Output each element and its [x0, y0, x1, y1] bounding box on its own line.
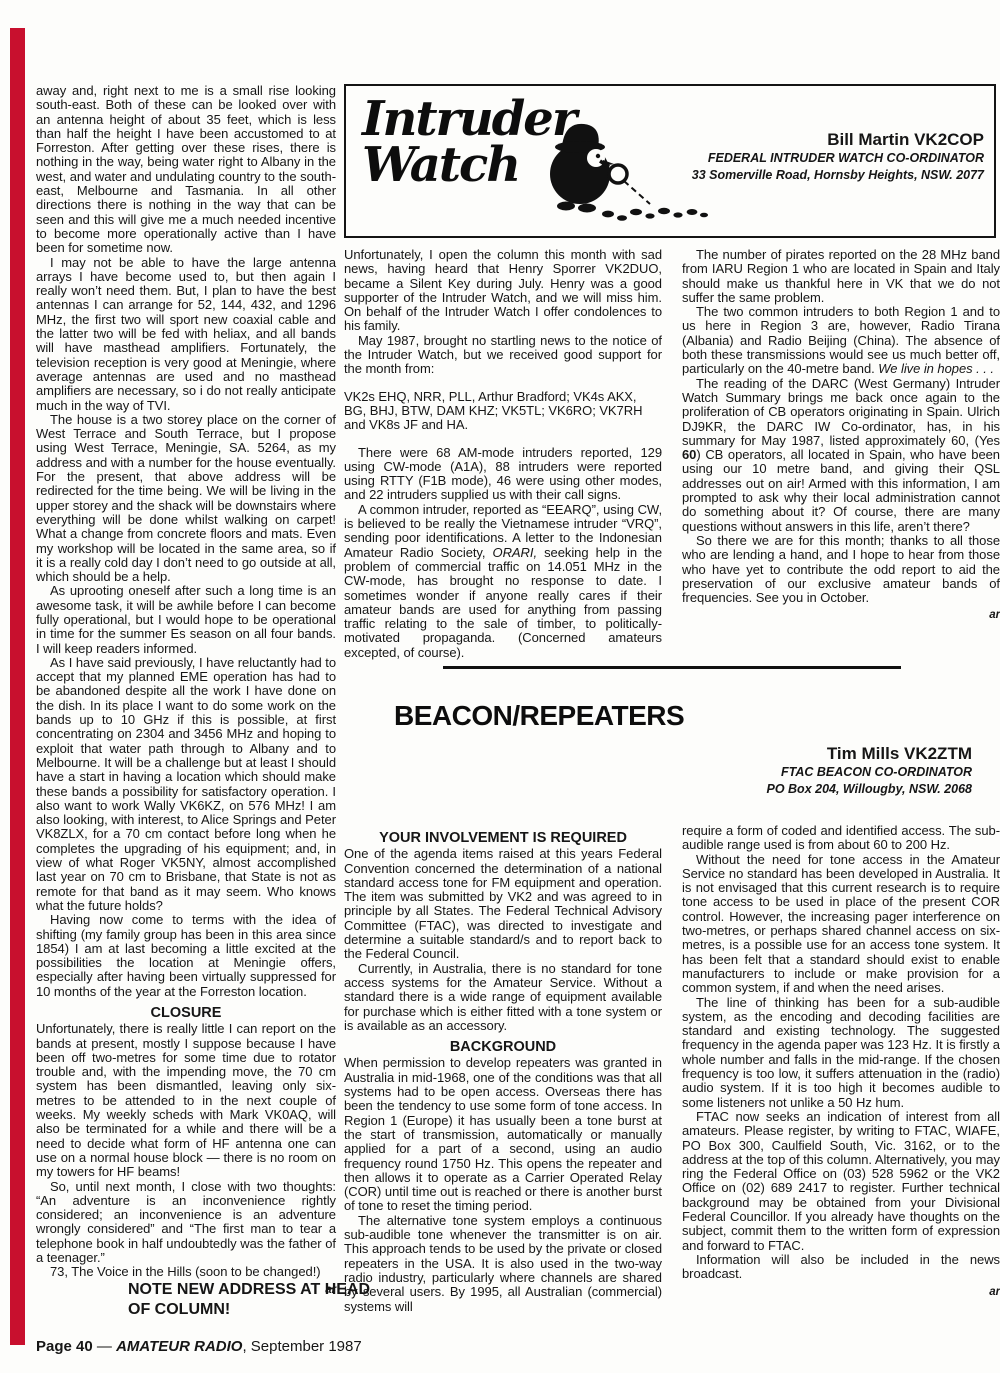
page-number: Page 40 — [36, 1338, 93, 1355]
page-edge-red-stripe — [10, 28, 25, 1345]
paragraph: Without the need for tone access in the … — [682, 853, 1000, 996]
section-heading: BACKGROUND — [344, 1040, 662, 1054]
text-segment: require a form of coded and identified a… — [682, 823, 1000, 852]
paragraph: The number of pirates reported on the 28… — [682, 248, 1000, 305]
note-new-address-notice: NOTE NEW ADDRESS AT HEAD OF COLUMN! — [128, 1280, 384, 1320]
paragraph: Currently, in Australia, there is no sta… — [344, 962, 662, 1033]
text-segment: YOUR INVOLVEMENT IS REQUIRED — [379, 830, 627, 846]
text-segment: seeking help in the problem of commercia… — [344, 545, 662, 660]
paragraph: Unfortunately, I open the column this mo… — [344, 248, 662, 334]
paragraph: So there we are for this month; thanks t… — [682, 534, 1000, 605]
section-heading: YOUR INVOLVEMENT IS REQUIRED — [344, 831, 662, 845]
intruder-watch-header-box: Intruder Watch — [344, 84, 996, 238]
text-segment: Unfortunately, I open the column this mo… — [344, 247, 662, 333]
paragraph: May 1987, brought no startling news to t… — [344, 334, 662, 377]
text-segment: So there we are for this month; thanks t… — [682, 533, 1000, 605]
coordinator-role: FTAC BEACON CO-ORDINATOR — [560, 764, 972, 780]
issue-date: , September 1987 — [242, 1338, 361, 1355]
text-segment: The line of thinking has been for a sub-… — [682, 995, 1000, 1110]
paragraph: As I have said previously, I have reluct… — [36, 656, 336, 913]
text-segment: Having now come to terms with the idea o… — [36, 912, 336, 998]
end-of-article-mark: ar — [682, 1285, 1000, 1299]
text-segment: We live in hopes . . . — [878, 361, 994, 376]
section-heading: CLOSURE — [36, 1006, 336, 1020]
text-segment: As I have said previously, I have reluct… — [36, 655, 336, 913]
paragraph: VK2s EHQ, NRR, PLL, Arthur Bradford; VK4… — [344, 390, 662, 433]
text-segment: May 1987, brought no startling news to t… — [344, 333, 662, 377]
paragraph: There were 68 AM-mode intruders reported… — [344, 446, 662, 503]
text-segment: ) CB operators, all located in Spain, wh… — [682, 447, 1000, 533]
paragraph: The two common intruders to both Region … — [682, 305, 1000, 376]
paragraph: Information will also be included in the… — [682, 1253, 1000, 1282]
paragraph: Having now come to terms with the idea o… — [36, 913, 336, 999]
text-segment: The alternative tone system employs a co… — [344, 1213, 662, 1314]
page-footer: Page 40 — AMATEUR RADIO, September 1987 — [36, 1338, 362, 1355]
beacon-column-1: YOUR INVOLVEMENT IS REQUIREDOne of the a… — [344, 824, 662, 1314]
intruder-watch-byline: Bill Martin VK2COP FEDERAL INTRUDER WATC… — [692, 130, 984, 183]
text-segment: One of the agenda items raised at this y… — [344, 846, 662, 961]
beacon-repeaters-title: BEACON/REPEATERS — [394, 700, 684, 732]
paragraph: When permission to develop repeaters was… — [344, 1056, 662, 1213]
text-segment: BACKGROUND — [450, 1039, 556, 1055]
text-segment: As uprooting oneself after such a long t… — [36, 583, 336, 655]
coordinator-address: 33 Somerville Road, Hornsby Heights, NSW… — [692, 167, 984, 183]
text-segment: The reading of the DARC (West Germany) I… — [682, 376, 1000, 448]
section-divider-rule — [443, 666, 901, 669]
end-of-article-mark: ar — [682, 608, 1000, 622]
beacon-byline: Tim Mills VK2ZTM FTAC BEACON CO-ORDINATO… — [560, 744, 972, 797]
paragraph: away and, right next to me is a small ri… — [36, 84, 336, 256]
paragraph: 73, The Voice in the Hills (soon to be c… — [36, 1265, 336, 1279]
text-segment: 60 — [682, 447, 696, 462]
paragraph: As uprooting oneself after such a long t… — [36, 584, 336, 655]
paragraph: The line of thinking has been for a sub-… — [682, 996, 1000, 1110]
text-segment: When permission to develop repeaters was… — [344, 1055, 662, 1213]
text-segment: The number of pirates reported on the 28… — [682, 247, 1000, 305]
text-segment: ORARI, — [493, 545, 537, 560]
left-article-column: away and, right next to me is a small ri… — [36, 84, 336, 1297]
paragraph: One of the agenda items raised at this y… — [344, 847, 662, 961]
paragraph: The reading of the DARC (West Germany) I… — [682, 377, 1000, 534]
paragraph: FTAC now seeks an indication of interest… — [682, 1110, 1000, 1253]
text-segment: ar — [989, 609, 1000, 621]
paragraph: The house is a two storey place on the c… — [36, 413, 336, 585]
text-segment: The house is a two storey place on the c… — [36, 412, 336, 584]
text-segment: There were 68 AM-mode intruders reported… — [344, 445, 662, 503]
paragraph: A common intruder, reported as “EEARQ”, … — [344, 503, 662, 660]
footer-separator: — — [93, 1338, 116, 1355]
paragraph: Unfortunately, there is really little I … — [36, 1022, 336, 1179]
coordinator-address: PO Box 204, Willougby, NSW. 2068 — [560, 781, 972, 797]
text-segment: Information will also be included in the… — [682, 1252, 1000, 1281]
intruder-watch-column-1: Unfortunately, I open the column this mo… — [344, 248, 662, 660]
coordinator-name: Bill Martin VK2COP — [692, 130, 984, 150]
paragraph: require a form of coded and identified a… — [682, 824, 1000, 853]
intruder-watch-column-2: The number of pirates reported on the 28… — [682, 248, 1000, 660]
text-segment: ar — [989, 1286, 1000, 1298]
intruder-watch-columns: Unfortunately, I open the column this mo… — [344, 248, 1000, 660]
beacon-repeaters-columns: YOUR INVOLVEMENT IS REQUIREDOne of the a… — [344, 824, 1000, 1314]
text-segment: Unfortunately, there is really little I … — [36, 1021, 336, 1179]
text-segment: 73, The Voice in the Hills (soon to be c… — [50, 1264, 321, 1279]
paragraph: I may not be able to have the large ante… — [36, 256, 336, 413]
beacon-column-2: require a form of coded and identified a… — [682, 824, 1000, 1314]
text-segment: I may not be able to have the large ante… — [36, 255, 336, 413]
paragraph: So, until next month, I close with two t… — [36, 1180, 336, 1266]
text-segment: FTAC now seeks an indication of interest… — [682, 1109, 1000, 1253]
text-segment: So, until next month, I close with two t… — [36, 1179, 336, 1265]
text-segment: VK2s EHQ, NRR, PLL, Arthur Bradford; VK4… — [344, 389, 642, 433]
text-segment: CLOSURE — [151, 1005, 222, 1021]
text-segment: away and, right next to me is a small ri… — [36, 83, 336, 255]
coordinator-role: FEDERAL INTRUDER WATCH CO-ORDINATOR — [692, 150, 984, 166]
text-segment: Currently, in Australia, there is no sta… — [344, 961, 662, 1033]
coordinator-name: Tim Mills VK2ZTM — [560, 744, 972, 764]
magazine-name: AMATEUR RADIO — [116, 1338, 242, 1355]
text-segment: Without the need for tone access in the … — [682, 852, 1000, 996]
paragraph: The alternative tone system employs a co… — [344, 1214, 662, 1314]
